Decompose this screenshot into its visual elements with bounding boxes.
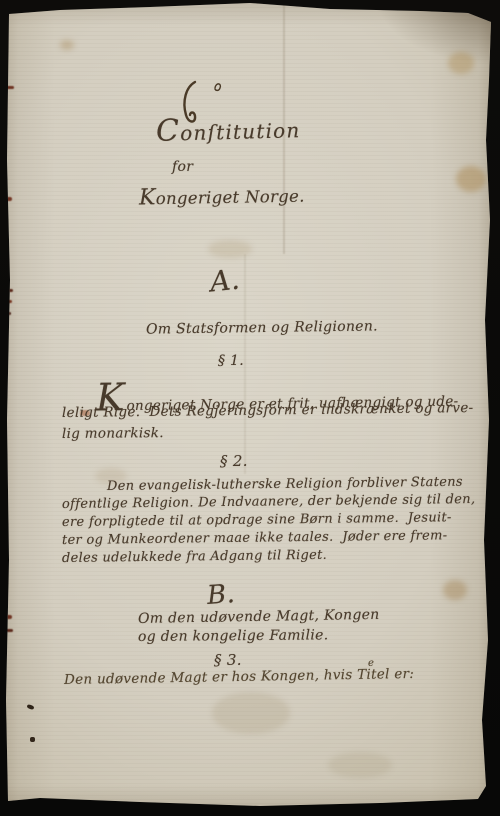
manuscript-page: Conſtitution for Kongeriget Norge. A. Om…: [0, 0, 500, 816]
article-2-line: ere forpligtede til at opdrage sine Børn…: [62, 510, 452, 530]
stain: [448, 52, 474, 74]
article-2-line: offentlige Religion. De Indvaanere, der …: [62, 492, 476, 512]
ink-speck: [27, 704, 35, 710]
realm-title: Kongeriget Norge.: [139, 183, 305, 211]
article-3-line: Den udøvende Magt er hos Kongen, hvis Ti…: [64, 666, 414, 688]
ink-speck: [30, 737, 35, 742]
binding-mark: [5, 312, 11, 315]
stain: [60, 40, 74, 50]
section-b-subheading: og den kongelige Familie.: [138, 627, 329, 645]
article-2-line: deles udelukkede fra Adgang til Riget.: [62, 548, 327, 566]
stain: [443, 580, 467, 600]
article-2-line: ter og Munkeordener maae ikke taales. Jø…: [62, 528, 448, 548]
binding-mark: [5, 86, 14, 89]
article-2-line: Den evangelisk-lutherske Religion forbli…: [107, 475, 463, 494]
article-1-number: § 1.: [218, 353, 244, 369]
article-2-number: § 2.: [220, 452, 248, 470]
binding-mark: [6, 629, 13, 632]
stain: [212, 692, 290, 734]
binding-mark: [6, 289, 13, 292]
binding-mark: [4, 197, 12, 201]
section-b-heading: B.: [206, 579, 236, 611]
article-3-number: § 3.: [214, 651, 242, 669]
fold-line: [244, 254, 246, 474]
article-1-line: lig monarkisk.: [62, 425, 164, 442]
section-b-subheading: Om den udøvende Magt, Kongen: [138, 607, 380, 627]
binding-mark: [4, 615, 12, 619]
stain: [208, 240, 252, 258]
section-a-heading: A.: [208, 263, 241, 299]
stain: [328, 752, 392, 778]
section-a-subheading: Om Statsformen og Religionen.: [146, 318, 378, 337]
stain: [456, 166, 486, 192]
document-title: Conſtitution: [156, 110, 301, 149]
title-connector: for: [172, 159, 193, 175]
binding-mark: [3, 300, 12, 303]
scan-background: Conſtitution for Kongeriget Norge. A. Om…: [0, 0, 500, 816]
